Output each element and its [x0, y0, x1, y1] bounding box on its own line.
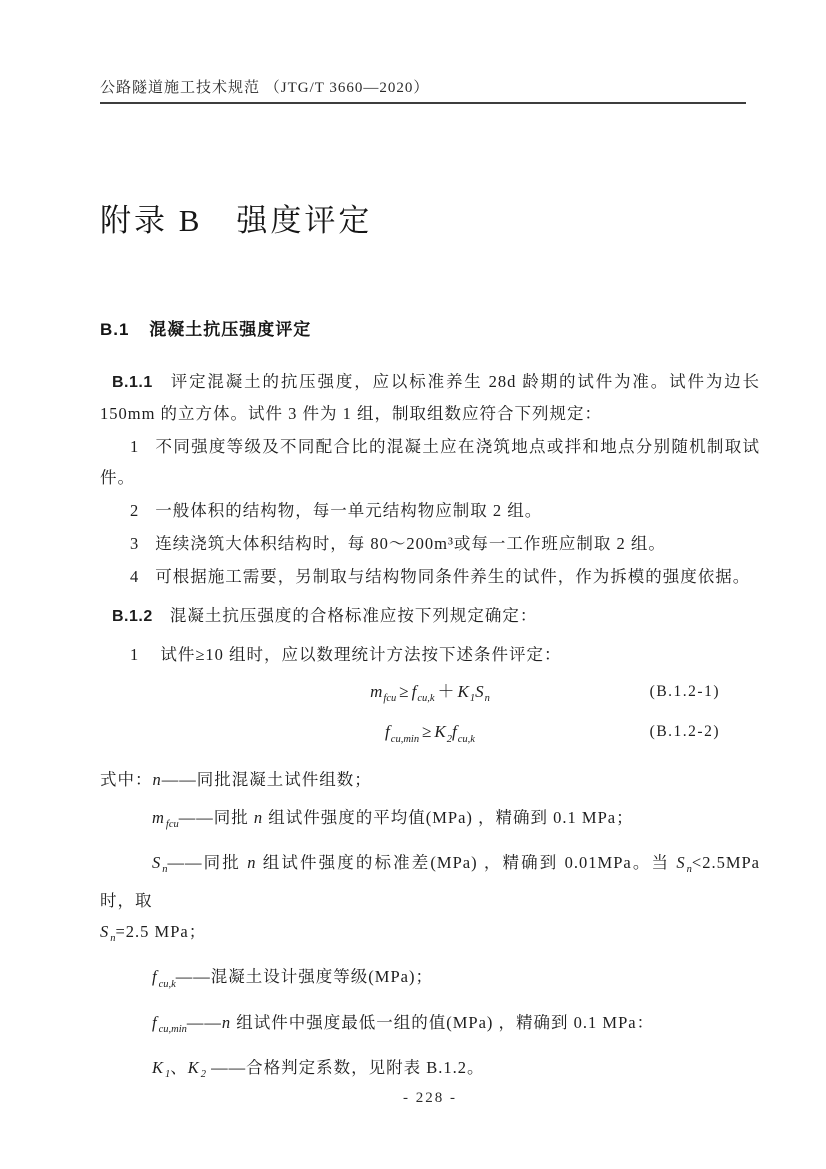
text-run: —— — [187, 1013, 222, 1032]
text-run: 式中： — [100, 770, 153, 789]
page-header: 公路隧道施工技术规范 （JTG/T 3660—2020） — [100, 76, 746, 104]
text-run: ——合格判定系数，见附表 B.1.2。 — [206, 1058, 485, 1077]
list-item: 1不同强度等级及不同配合比的混凝土应在浇筑地点或拌和地点分别随机制取试件。 — [100, 431, 760, 493]
list-item: 4可根据施工需要，另制取与结构物同条件养生的试件，作为拆模的强度依据。 — [100, 561, 760, 592]
document-page: 公路隧道施工技术规范 （JTG/T 3660—2020） 附录 B 强度评定 B… — [0, 0, 826, 1169]
item-number: 2 — [130, 501, 139, 520]
formula-row: mfcu≥fcu,k＋K1Sn(B.1.2-1) — [100, 675, 760, 715]
text-run: ≥ — [422, 722, 431, 741]
formula: fcu,min≥K2fcu,k — [385, 722, 475, 741]
math-variable: K1 — [458, 682, 476, 701]
formula-row: fcu,min≥K2fcu,k(B.1.2-2) — [100, 715, 760, 755]
clause-b12-item-1: 1 试件≥10 组时，应以数理统计方法按下述条件评定： — [100, 639, 760, 670]
text-run: ——同批混凝土试件组数； — [162, 770, 372, 789]
math-subscript: n — [485, 693, 490, 704]
math-subscript: fcu — [166, 819, 179, 830]
math-variable: fcu,k — [452, 722, 475, 741]
clause-b11-paragraph: B.1.1 评定混凝土的抗压强度，应以标准养生 28d 龄期的试件为准。试件为边… — [100, 366, 760, 429]
math-subscript: fcu — [383, 693, 396, 704]
clause-b12-paragraph: B.1.2 混凝土抗压强度的合格标准应按下列规定确定： — [100, 600, 760, 632]
header-text: 公路隧道施工技术规范 （JTG/T 3660—2020） — [100, 80, 429, 96]
math-variable: fcu,k — [412, 682, 435, 701]
symbol-definition: Sn——同批 n 组试件强度的标准差(MPa) ，精确到 0.01MPa。当 S… — [100, 847, 760, 955]
math-subscript: cu,k — [159, 979, 176, 990]
text-run: ——同批 — [168, 853, 248, 872]
math-subscript: cu,k — [458, 734, 475, 745]
item-number: 1 — [130, 645, 139, 664]
text-run: ——混凝土设计强度等级(MPa)； — [176, 967, 433, 986]
math-subscript: cu,min — [159, 1024, 187, 1035]
text-run: 、 — [170, 1058, 188, 1077]
symbol-definition: 式中：n——同批混凝土试件组数； — [100, 764, 760, 795]
item-number: 4 — [130, 567, 139, 586]
clause-b12-text: 混凝土抗压强度的合格标准应按下列规定确定： — [170, 606, 538, 625]
text-run: 组试件强度的平均值(MPa) ，精确到 0.1 MPa； — [263, 808, 633, 827]
text-run: ≥ — [399, 682, 408, 701]
text-run: ——同批 — [179, 808, 254, 827]
item-text: 可根据施工需要，另制取与结构物同条件养生的试件，作为拆模的强度依据。 — [155, 567, 750, 586]
math-variable: fcu,min — [152, 1013, 187, 1032]
formula-block: mfcu≥fcu,k＋K1Sn(B.1.2-1)fcu,min≥K2fcu,k(… — [100, 675, 760, 756]
page-number: - 228 - — [403, 1090, 457, 1106]
math-variable: n — [254, 808, 263, 827]
list-item: 3连续浇筑大体积结构时，每 80～200m³或每一工作班应制取 2 组。 — [100, 528, 760, 559]
math-subscript: cu,k — [417, 693, 434, 704]
text-run: 组试件中强度最低一组的值(MPa) ，精确到 0.1 MPa： — [231, 1013, 654, 1032]
list-item: 2一般体积的结构物，每一单元结构物应制取 2 组。 — [100, 495, 760, 526]
math-variable: K2 — [188, 1058, 206, 1077]
math-variable: mfcu — [152, 808, 179, 827]
page-title: 附录 B 强度评定 — [100, 202, 760, 241]
math-variable: Sn — [676, 853, 692, 872]
clause-b11-number: B.1.1 — [112, 374, 153, 391]
equation-number: (B.1.2-2) — [650, 715, 720, 748]
symbol-definition: K1、K2 ——合格判定系数，见附表 B.1.2。 — [100, 1052, 760, 1090]
math-variable: Sn — [152, 853, 168, 872]
item-number: 3 — [130, 534, 139, 553]
math-variable: K2 — [434, 722, 452, 741]
item-number: 1 — [130, 437, 139, 456]
page-content: 附录 B 强度评定 B.1 混凝土抗压强度评定 B.1.1 评定混凝土的抗压强度… — [100, 202, 760, 1090]
math-variable: n — [153, 770, 162, 789]
text-run: ＋ — [438, 682, 455, 701]
math-variable: Sn — [100, 922, 116, 941]
math-variable: mfcu — [370, 682, 396, 701]
item-text: 连续浇筑大体积结构时，每 80～200m³或每一工作班应制取 2 组。 — [155, 534, 666, 553]
text-run: =2.5 MPa； — [116, 922, 207, 941]
symbol-definition: mfcu——同批 n 组试件强度的平均值(MPa) ，精确到 0.1 MPa； — [100, 802, 760, 840]
symbol-definition: fcu,min——n 组试件中强度最低一组的值(MPa) ，精确到 0.1 MP… — [100, 1007, 760, 1045]
math-variable: fcu,k — [152, 967, 176, 986]
math-subscript: cu,min — [391, 734, 419, 745]
symbol-definition: fcu,k——混凝土设计强度等级(MPa)； — [100, 961, 760, 999]
section-title: 混凝土抗压强度评定 — [149, 320, 311, 339]
math-variable: Sn — [475, 682, 490, 701]
math-variable: K1 — [152, 1058, 170, 1077]
equation-number: (B.1.2-1) — [650, 675, 720, 708]
math-variable: n — [222, 1013, 231, 1032]
section-number: B.1 — [100, 320, 129, 339]
page-footer: - 228 - — [100, 1090, 760, 1107]
item-text: 不同强度等级及不同配合比的混凝土应在浇筑地点或拌和地点分别随机制取试件。 — [100, 437, 760, 487]
math-variable: fcu,min — [385, 722, 419, 741]
clause-b11-item-list: 1不同强度等级及不同配合比的混凝土应在浇筑地点或拌和地点分别随机制取试件。2一般… — [100, 431, 760, 592]
symbol-definition-list: 式中：n——同批混凝土试件组数；mfcu——同批 n 组试件强度的平均值(MPa… — [100, 764, 760, 1091]
item-text: 一般体积的结构物，每一单元结构物应制取 2 组。 — [155, 501, 542, 520]
clause-b12-number: B.1.2 — [112, 608, 153, 625]
formula: mfcu≥fcu,k＋K1Sn — [370, 682, 490, 701]
text-run: 组试件强度的标准差(MPa) ，精确到 0.01MPa。当 — [256, 853, 676, 872]
item-text: 试件≥10 组时，应以数理统计方法按下述条件评定： — [160, 645, 561, 664]
clause-b11-text: 评定混凝土的抗压强度，应以标准养生 28d 龄期的试件为准。试件为边长 150m… — [100, 372, 760, 423]
section-heading: B.1 混凝土抗压强度评定 — [100, 315, 760, 340]
